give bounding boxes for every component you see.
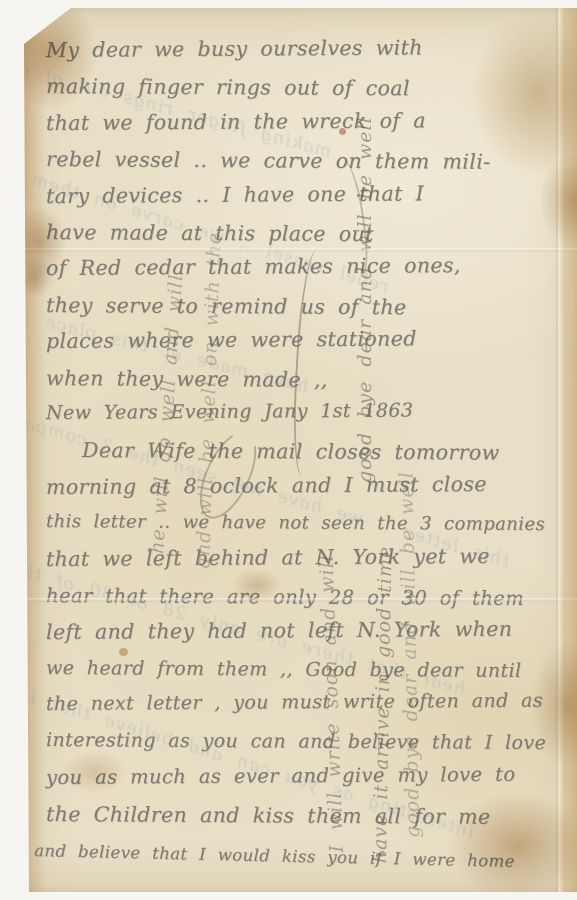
letter-closing-line: and believe that I would kiss you if I w… — [34, 841, 572, 890]
cross-writing-text: good bye dear and will be well — [354, 116, 376, 483]
letter-line: places where we were stationed — [46, 325, 571, 365]
letter-line: left and they had not left N. York when — [46, 617, 571, 657]
letter-paper: making finger rings out of coal rebel ve… — [24, 8, 577, 892]
letter-line: of Red cedar that makes nice ones, — [46, 253, 571, 293]
letter-line: the Children and kiss them all for me — [46, 802, 571, 842]
scan-background: { "document": { "kind": "handwritten-let… — [0, 0, 577, 900]
left-edge-stain — [24, 8, 46, 892]
letter-line: My dear we busy ourselves with — [46, 34, 571, 74]
letter-line: that we left behind at N. York yet we — [46, 544, 571, 584]
letter-line: morning at 8 oclock and I must close — [46, 471, 571, 511]
letter-line: tary devices .. I have one that I — [46, 180, 571, 220]
letter-line: you as much as ever and give my love to — [46, 762, 571, 802]
letter-line: the next letter , you must write often a… — [46, 689, 571, 729]
letter-date-line: New Years Evening Jany 1st 1863 — [46, 398, 571, 438]
letter-line: that we found in the wreck of a — [46, 107, 571, 147]
letter-body: My dear we busy ourselves with making fi… — [46, 38, 571, 877]
